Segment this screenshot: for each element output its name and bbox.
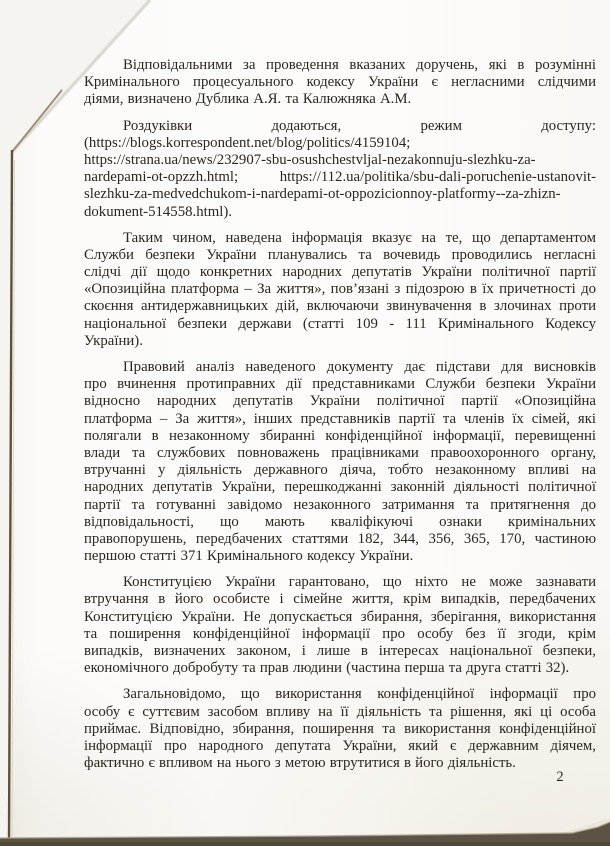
- paragraph: Загальновідомо, що використання конфіден…: [84, 686, 596, 772]
- text-line: полягали в незаконному збиранні конфіден…: [84, 428, 596, 445]
- paragraph: Правовий аналіз наведеного документу дає…: [84, 359, 596, 565]
- text-line: платформа – За життя», інших представник…: [84, 411, 596, 428]
- text-line: Конституцією України. Не допускається зб…: [84, 609, 596, 626]
- text-line: скоєння антидержавницьких дій, включаючи…: [84, 298, 596, 315]
- text-line: слідчі дії щодо конкретних народних депу…: [84, 264, 596, 281]
- text-line: влади та службових повноважень працівник…: [84, 445, 596, 462]
- text-line: про вчинення протиправних дії представни…: [84, 376, 596, 393]
- text-line: фактично є впливом на нього з метою втру…: [84, 755, 596, 772]
- text-line: відповідальності, що мають кваліфікуючі …: [84, 514, 596, 531]
- text-line: «Опозиційна платформа – За життя», пов’я…: [84, 281, 596, 298]
- text-line: народних депутатів України, перешкоджанн…: [84, 479, 596, 496]
- text-line: Кримінального процесуального кодексу Укр…: [84, 74, 596, 91]
- text-line: Відповідальними за проведення вказаних д…: [84, 57, 596, 74]
- text-line: Роздуківки додаються, режим доступу:: [84, 118, 596, 135]
- text-line: партії та готуванні завідомо незаконного…: [84, 497, 596, 514]
- text-line: України).: [84, 333, 596, 350]
- paragraph: Конституцією України гарантовано, що ніх…: [84, 574, 596, 677]
- url-text-line: (https://blogs.korrespondent.net/blog/po…: [84, 135, 596, 152]
- paragraph: Таким чином, наведена інформація вказує …: [84, 230, 596, 350]
- text-line: Служби безпеки України планувались та во…: [84, 247, 596, 264]
- text-line: інформації про народного депутата Україн…: [84, 738, 596, 755]
- text-line: nardepami-ot-opzzh.html; https://112.ua/…: [84, 169, 596, 186]
- scanned-page: Відповідальними за проведення вказаних д…: [0, 0, 610, 846]
- document-text: Відповідальними за проведення вказаних д…: [84, 57, 596, 781]
- paragraph: Роздуківки додаються, режим доступу:(htt…: [84, 118, 596, 221]
- text-line: відносно народних депутатів України полі…: [84, 393, 596, 410]
- text-line: dokument-514558.html).: [84, 204, 596, 221]
- text-line: першою статті 371 Кримінального кодексу …: [84, 548, 596, 565]
- text-line: slezhku-za-medvedchukom-i-nardepami-ot-o…: [84, 186, 596, 203]
- text-line: втручання в його особисте і сімейне житт…: [84, 591, 596, 608]
- text-line: особу є суттєвим засобом впливу на її ді…: [84, 704, 596, 721]
- url-text-line: https://strana.ua/news/232907-sbu-osushc…: [84, 152, 596, 169]
- text-line: економічного добробуту та прав людини (ч…: [84, 660, 596, 677]
- text-line: Конституцією України гарантовано, що ніх…: [84, 574, 596, 591]
- text-line: приймає. Відповідно, збирання, поширення…: [84, 721, 596, 738]
- text-line: та поширення конфіденційної інформації п…: [84, 626, 596, 643]
- text-line: національної безпеки держави (статті 109…: [84, 316, 596, 333]
- text-line: Загальновідомо, що використання конфіден…: [84, 686, 596, 703]
- page-number: 2: [548, 769, 572, 786]
- paragraph: Відповідальними за проведення вказаних д…: [84, 57, 596, 109]
- text-line: Правовий аналіз наведеного документу дає…: [84, 359, 596, 376]
- text-line: діями, визначено Дублика А.Я. та Калюжня…: [84, 91, 596, 108]
- text-line: Таким чином, наведена інформація вказує …: [84, 230, 596, 247]
- text-line: правопорушень, передбачених статтями 182…: [84, 531, 596, 548]
- text-line: випадків, визначених законом, і лише в і…: [84, 643, 596, 660]
- text-line: втручанні у діяльність державного діяча,…: [84, 462, 596, 479]
